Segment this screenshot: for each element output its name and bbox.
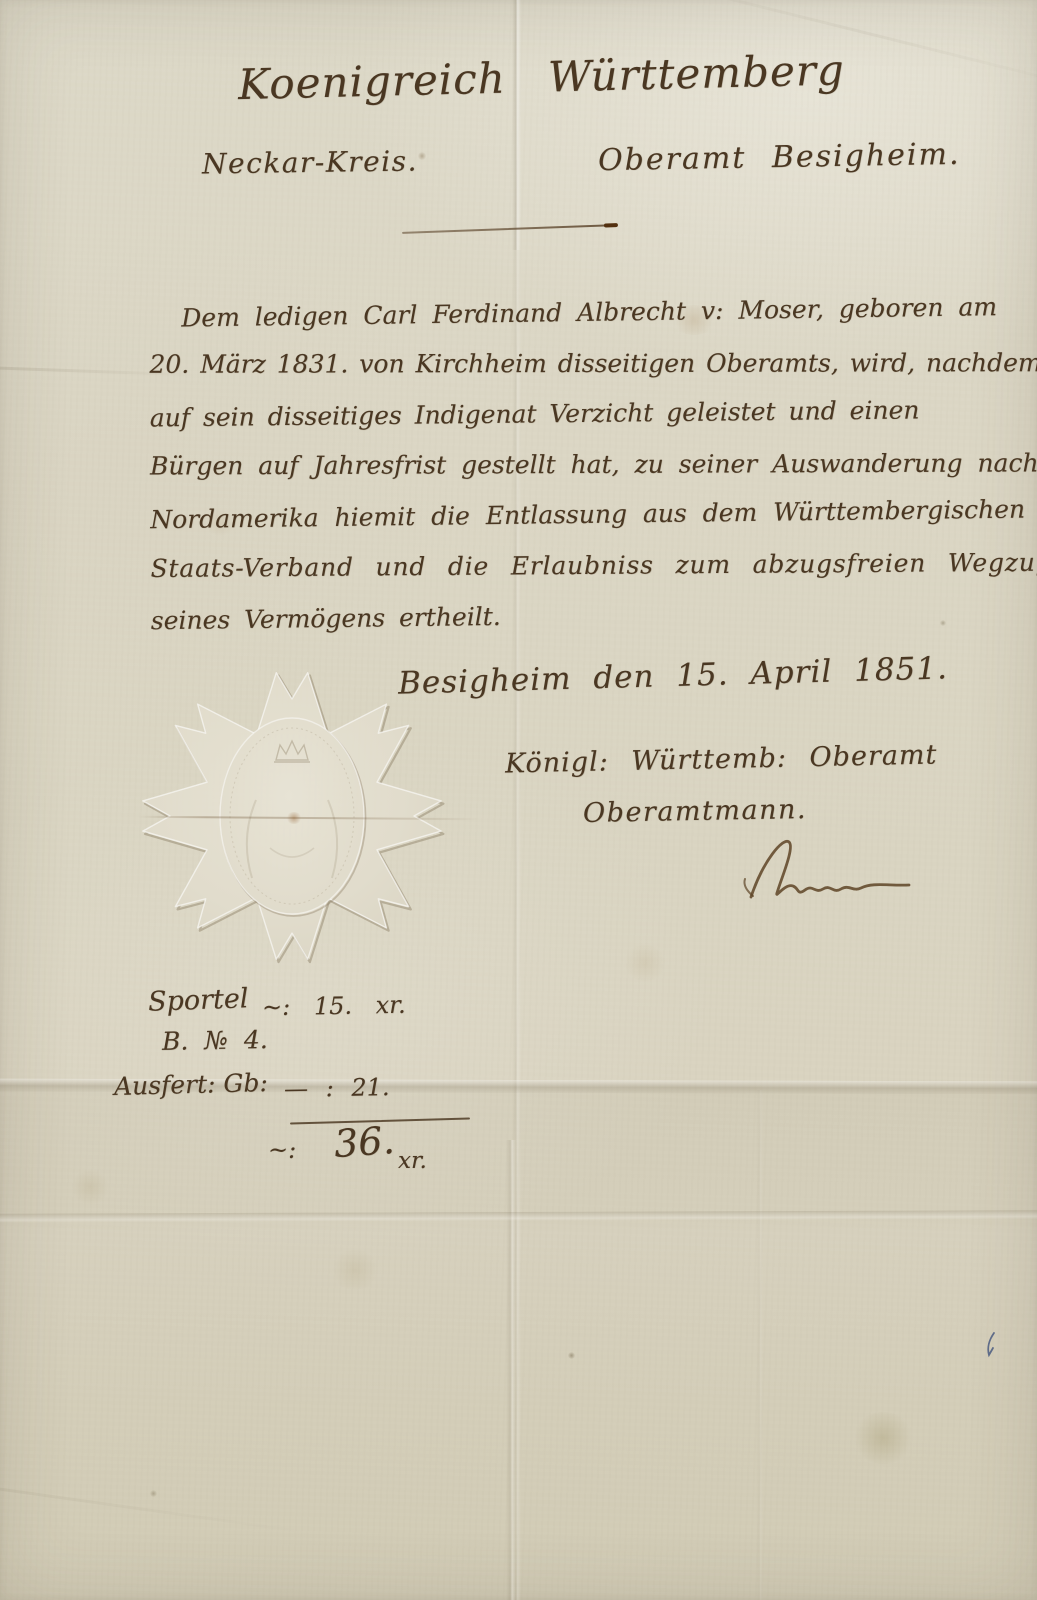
- body-line: Staats-Verband und die Erlaubniss zum ab…: [150, 538, 1002, 594]
- signature-role-line: Oberamtmann.: [583, 794, 807, 829]
- body-line: seines Vermögens ertheilt.: [151, 586, 1004, 647]
- header-rule: [402, 224, 616, 234]
- fee-sportel-label: Sportel: [147, 983, 248, 1017]
- fold-crease-vertical-top: [512, 0, 521, 250]
- fold-crease-diagonal-bottomleft: [0, 1485, 309, 1534]
- header-district: Neckar-Kreis.: [202, 144, 418, 180]
- body-line: auf sein disseitiges Indigenat Verzicht …: [149, 385, 1001, 444]
- blue-ink-tick-icon: [982, 1330, 1000, 1360]
- dateline: Besigheim den 15. April 1851.: [398, 650, 949, 701]
- document-title: Koenigreich Württemberg: [237, 48, 738, 109]
- fold-crease-vertical-right: [756, 1090, 763, 1600]
- fold-crease-vertical-bottom: [506, 1140, 516, 1600]
- body-line: Dem ledigen Carl Ferdinand Albrecht v: M…: [149, 282, 1002, 344]
- stain: [852, 1412, 914, 1464]
- stain: [568, 1352, 575, 1359]
- signature-flourish-icon: [733, 833, 918, 905]
- signature-office-line: Königl: Württemb: Oberamt: [505, 739, 938, 779]
- fee-ausfertigung-value: — : 21.: [284, 1073, 390, 1103]
- fold-crease-horizontal-lower: [0, 1210, 1037, 1223]
- fee-total-prefix: ~:: [268, 1136, 296, 1164]
- body-line: Bürgen auf Jahresfrist gestellt hat, zu …: [150, 438, 1002, 491]
- fee-total-unit: xr.: [398, 1148, 427, 1174]
- fee-document-number: B. № 4.: [162, 1025, 268, 1056]
- stain: [70, 1170, 110, 1204]
- stain: [622, 945, 668, 981]
- stain: [330, 1250, 380, 1290]
- body-line: Nordamerika hiemit die Entlassung aus de…: [150, 485, 1003, 546]
- header-office: Oberamt Besigheim.: [598, 137, 961, 178]
- fee-ausfertigung-label: Ausfert: Gb:: [114, 1068, 269, 1101]
- stain: [418, 152, 426, 160]
- body-line: 20. März 1831. von Kirchheim disseitigen…: [149, 338, 1001, 390]
- document-page: Koenigreich Württemberg Neckar-Kreis. Ob…: [0, 0, 1037, 1600]
- fold-crease-vertical: [512, 0, 521, 1600]
- fee-sportel-value: ~: 15. xr.: [262, 991, 406, 1022]
- seal-center-stain: [286, 812, 302, 824]
- stain: [150, 1490, 157, 1497]
- fee-total-amount: 36.: [333, 1118, 396, 1166]
- body-paragraph: Dem ledigen Carl Ferdinand Albrecht v: M…: [149, 286, 1003, 644]
